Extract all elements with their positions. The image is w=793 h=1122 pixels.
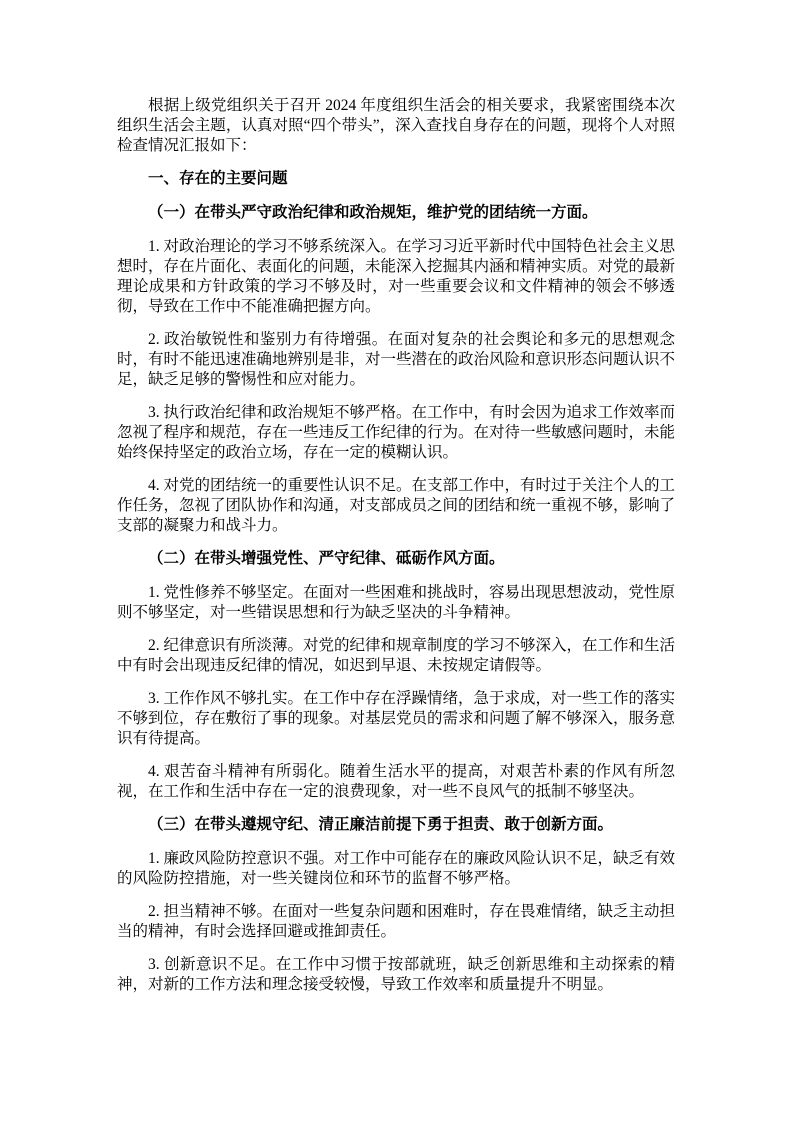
intro-paragraph: 根据上级党组织关于召开 2024 年度组织生活会的相关要求，我紧密围绕本次组织生… bbox=[117, 96, 675, 156]
section-2-item-1: 1. 党性修养不够坚定。在面对一些困难和挑战时，容易出现思想波动，党性原则不够坚… bbox=[117, 583, 675, 623]
section-3-item-3: 3. 创新意识不足。在工作中习惯于按部就班，缺乏创新思维和主动探索的精神，对新的… bbox=[117, 955, 675, 995]
section-1-item-1: 1. 对政治理论的学习不够系统深入。在学习习近平新时代中国特色社会主义思想时，存… bbox=[117, 237, 675, 317]
section-1-item-3: 3. 执行政治纪律和政治规矩不够严格。在工作中，有时会因为追求工作效率而忽视了程… bbox=[117, 403, 675, 463]
section-2-item-3: 3. 工作作风不够扎实。在工作中存在浮躁情绪，急于求成，对一些工作的落实不够到位… bbox=[117, 689, 675, 749]
section-3-item-2: 2. 担当精神不够。在面对一些复杂问题和困难时，存在畏难情绪，缺乏主动担当的精神… bbox=[117, 902, 675, 942]
section-2-item-4: 4. 艰苦奋斗精神有所弱化。随着生活水平的提高，对艰苦朴素的作风有所忽视，在工作… bbox=[117, 762, 675, 802]
section-1-item-2: 2. 政治敏锐性和鉴别力有待增强。在面对复杂的社会舆论和多元的思想观念时，有时不… bbox=[117, 330, 675, 390]
section-2-item-2: 2. 纪律意识有所淡薄。对党的纪律和规章制度的学习不够深入，在工作和生活中有时会… bbox=[117, 636, 675, 676]
section-3-item-1: 1. 廉政风险防控意识不强。对工作中可能存在的廉政风险认识不足，缺乏有效的风险防… bbox=[117, 849, 675, 889]
section-1-heading: （一）在带头严守政治纪律和政治规矩，维护党的团结统一方面。 bbox=[117, 203, 675, 223]
section-1-item-4: 4. 对党的团结统一的重要性认识不足。在支部工作中，有时过于关注个人的工作任务，… bbox=[117, 476, 675, 536]
section-2-heading: （二）在带头增强党性、严守纪律、砥砺作风方面。 bbox=[117, 549, 675, 569]
document-page: 根据上级党组织关于召开 2024 年度组织生活会的相关要求，我紧密围绕本次组织生… bbox=[0, 0, 793, 1122]
section-3-heading: （三）在带头遵规守纪、清正廉洁前提下勇于担责、敢于创新方面。 bbox=[117, 815, 675, 835]
main-heading: 一、存在的主要问题 bbox=[117, 169, 675, 189]
